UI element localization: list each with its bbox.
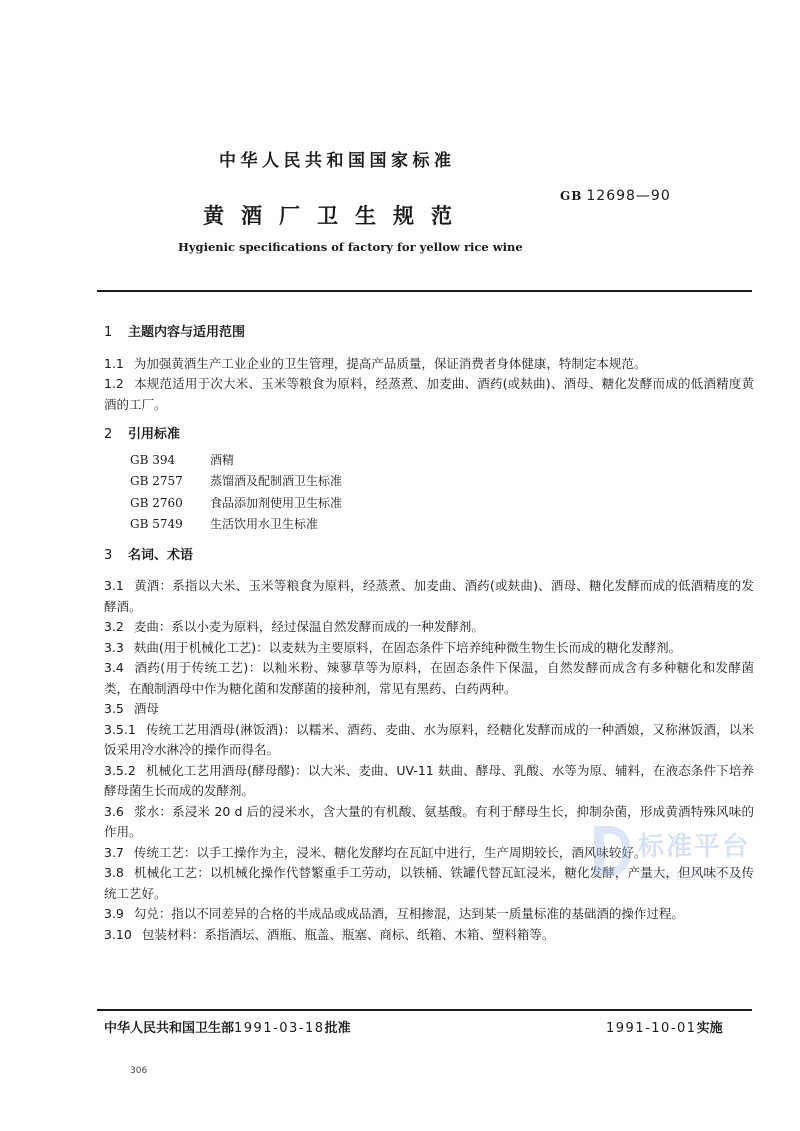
clause-text: 酒母 (134, 701, 159, 716)
clause-3-3: 3.3麸曲(用于机械化工艺)：以麦麸为主要原料，在固态条件下培养纯种微生物生长而… (104, 638, 754, 659)
standard-code: GB12698—90 (560, 188, 671, 204)
clause-number: 1.2 (104, 374, 124, 395)
reference-name: 蒸馏酒及配制酒卫生标准 (210, 474, 342, 488)
section-number: 3 (104, 546, 128, 567)
clause-text: 勾兑：指以不同差异的合格的半成品或成品酒，互相掺混，达到某一质量标准的基础酒的操… (134, 906, 684, 921)
reference-name: 生活饮用水卫生标准 (210, 517, 318, 531)
approving-authority: 中华人民共和国卫生部 (104, 1021, 234, 1036)
clause-number: 1.1 (104, 354, 124, 375)
reference-code: GB 2757 (130, 471, 210, 493)
reference-code: GB 5749 (130, 514, 210, 536)
standard-code-prefix: GB (560, 189, 582, 203)
watermark-url: WWW.BZPT.COM (638, 870, 741, 883)
clause-text: 传统工艺用酒母(淋饭酒)：以糯米、酒药、麦曲、水为原料，经糖化发酵而成的一种酒娘… (104, 722, 754, 758)
clause-number: 3.5 (104, 699, 124, 720)
approval-label: 批准 (325, 1021, 351, 1036)
reference-item: GB 2760食品添加剂使用卫生标准 (130, 493, 754, 515)
clause-number: 3.5.1 (104, 720, 136, 741)
section-title: 名词、术语 (128, 548, 193, 563)
section-number: 2 (104, 425, 128, 446)
page-number: 306 (130, 1066, 147, 1076)
effective-date: 1991-10-01 (606, 1021, 697, 1036)
watermark-text: 标准平台 (638, 826, 750, 863)
reference-item: GB 5749生活饮用水卫生标准 (130, 514, 754, 536)
clause-3-10: 3.10包装材料：系指酒坛、酒瓶、瓶盖、瓶塞、商标、纸箱、木箱、塑料箱等。 (104, 925, 754, 946)
clause-number: 3.6 (104, 802, 124, 823)
clause-number: 3.10 (104, 925, 132, 946)
clause-number: 3.3 (104, 638, 124, 659)
clause-text: 麦曲：系以小麦为原料，经过保温自然发酵而成的一种发酵剂。 (134, 619, 484, 634)
clause-number: 3.1 (104, 576, 124, 597)
approval-date: 1991-03-18 (234, 1021, 325, 1036)
clause-number: 3.5.2 (104, 761, 136, 782)
document-title: 黄酒厂卫生规范 (203, 200, 469, 230)
section-heading-2: 2引用标准 (104, 425, 754, 446)
clause-1-2: 1.2本规范适用于次大米、玉米等粮食为原料，经蒸煮、加麦曲、酒药(或麸曲)、酒母… (104, 374, 754, 415)
clause-text: 麸曲(用于机械化工艺)：以麦麸为主要原料，在固态条件下培养纯种微生物生长而成的糖… (134, 640, 681, 655)
reference-code: GB 394 (130, 450, 210, 472)
watermark-logo-icon (594, 826, 630, 876)
clause-3-1: 3.1黄酒：系指以大米、玉米等粮食为原料，经蒸煮、加麦曲、酒药(或麸曲)、酒母、… (104, 576, 754, 617)
clause-text: 传统工艺：以手工操作为主，浸米、糖化发酵均在瓦缸中进行，生产周期较长，酒风味较好… (134, 845, 647, 860)
clause-3-5-2: 3.5.2机械化工艺用酒母(酵母醪)：以大米、麦曲、UV-11 麸曲、酵母、乳酸… (104, 761, 754, 802)
clause-text: 本规范适用于次大米、玉米等粮食为原料，经蒸煮、加麦曲、酒药(或麸曲)、酒母、糖化… (104, 376, 754, 412)
effective-info: 1991-10-01实施 (606, 1017, 723, 1036)
clause-3-9: 3.9勾兑：指以不同差异的合格的半成品或成品酒，互相掺混，达到某一质量标准的基础… (104, 904, 754, 925)
clause-text: 机械化工艺用酒母(酵母醪)：以大米、麦曲、UV-11 麸曲、酵母、乳酸、水等为原… (104, 763, 754, 799)
clause-number: 3.8 (104, 863, 124, 884)
clause-text: 黄酒：系指以大米、玉米等粮食为原料，经蒸煮、加麦曲、酒药(或麸曲)、酒母、糖化发… (104, 578, 754, 614)
standard-type: 中华人民共和国国家标准 (219, 146, 456, 171)
effective-label: 实施 (697, 1021, 723, 1036)
footer-divider (97, 1009, 752, 1011)
section-number: 1 (104, 323, 128, 344)
section-title: 主题内容与适用范围 (128, 325, 245, 340)
clause-1-1: 1.1为加强黄酒生产工业企业的卫生管理，提高产品质量，保证消费者身体健康，特制定… (104, 354, 754, 375)
section-heading-3: 3名词、术语 (104, 546, 754, 567)
clause-number: 3.9 (104, 904, 124, 925)
reference-code: GB 2760 (130, 493, 210, 515)
reference-list: GB 394酒精 GB 2757蒸馏酒及配制酒卫生标准 GB 2760食品添加剂… (130, 450, 754, 536)
approval-info: 中华人民共和国卫生部1991-03-18批准 (104, 1017, 351, 1036)
reference-name: 酒精 (210, 453, 234, 467)
clause-text: 为加强黄酒生产工业企业的卫生管理，提高产品质量，保证消费者身体健康，特制定本规范… (134, 356, 647, 371)
clause-number: 3.7 (104, 843, 124, 864)
document-title-english: Hygienic specifications of factory for y… (178, 240, 523, 254)
section-heading-1: 1主题内容与适用范围 (104, 323, 754, 344)
standard-code-number: 12698—90 (586, 188, 670, 204)
clause-3-5-1: 3.5.1传统工艺用酒母(淋饭酒)：以糯米、酒药、麦曲、水为原料，经糖化发酵而成… (104, 720, 754, 761)
reference-item: GB 394酒精 (130, 450, 754, 472)
section-title: 引用标准 (128, 427, 180, 442)
reference-name: 食品添加剂使用卫生标准 (210, 496, 342, 510)
reference-item: GB 2757蒸馏酒及配制酒卫生标准 (130, 471, 754, 493)
clause-3-2: 3.2麦曲：系以小麦为原料，经过保温自然发酵而成的一种发酵剂。 (104, 617, 754, 638)
clause-number: 3.4 (104, 658, 124, 679)
watermark: 标准平台 WWW.BZPT.COM (594, 826, 764, 896)
header-divider (97, 290, 752, 292)
clause-number: 3.2 (104, 617, 124, 638)
clause-text: 包装材料：系指酒坛、酒瓶、瓶盖、瓶塞、商标、纸箱、木箱、塑料箱等。 (142, 927, 555, 942)
clause-text: 酒药(用于传统工艺)：以籼米粉、辣蓼草等为原料，在固态条件下保温，自然发酵而成含… (104, 660, 754, 696)
clause-3-5: 3.5酒母 (104, 699, 754, 720)
clause-3-4: 3.4酒药(用于传统工艺)：以籼米粉、辣蓼草等为原料，在固态条件下保温，自然发酵… (104, 658, 754, 699)
